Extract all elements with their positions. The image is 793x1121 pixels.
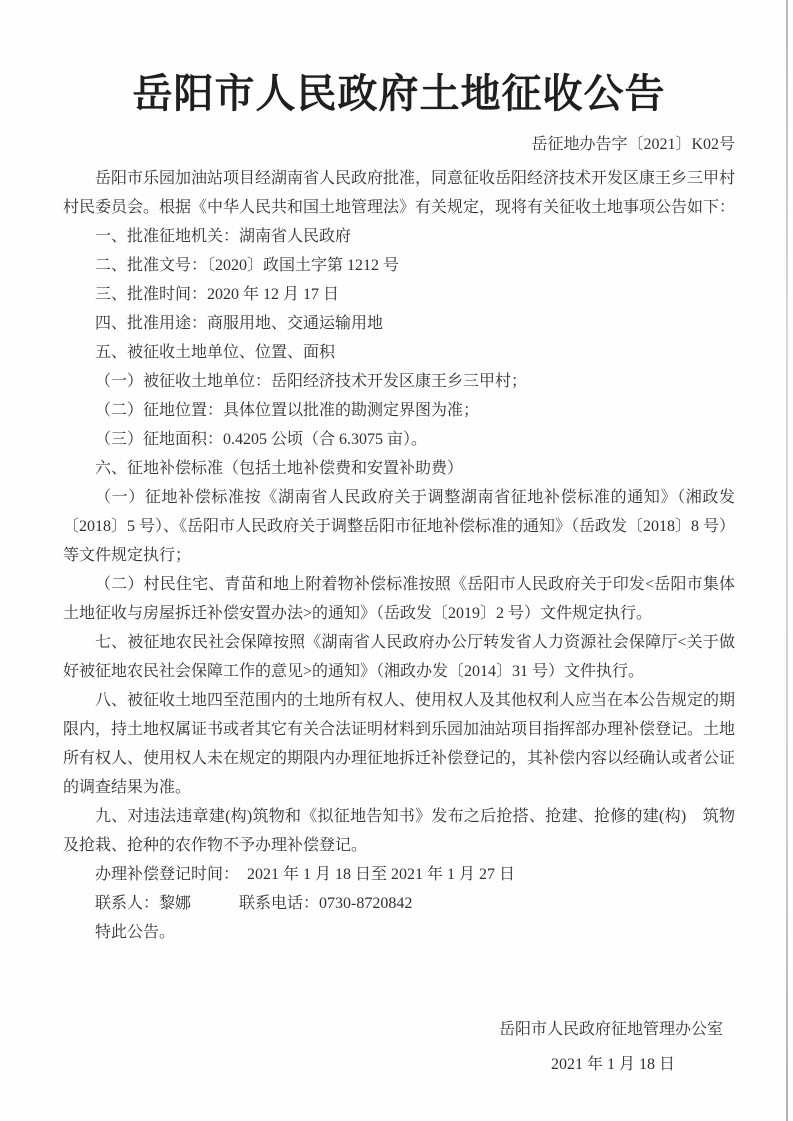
closing-statement: 特此公告。 bbox=[63, 918, 735, 947]
sub-item-land-area: （三）征地面积：0.4205 公顷（合 6.3075 亩）。 bbox=[63, 425, 735, 454]
document-title: 岳阳市人民政府土地征收公告 bbox=[63, 70, 735, 118]
contact-info: 联系人：黎娜 联系电话：0730-8720842 bbox=[63, 889, 735, 918]
item-approved-use: 四、批准用途：商服用地、交通运输用地 bbox=[63, 309, 735, 338]
document-body: 岳阳市乐园加油站项目经湖南省人民政府批准，同意征收岳阳经济技术开发区康王乡三甲村… bbox=[63, 164, 735, 947]
sub-item-land-unit: （一）被征收土地单位：岳阳经济技术开发区康王乡三甲村； bbox=[63, 367, 735, 396]
item-land-unit-heading: 五、被征收土地单位、位置、面积 bbox=[63, 338, 735, 367]
scan-edge-line bbox=[786, 0, 788, 1121]
registration-time: 办理补偿登记时间： 2021 年 1 月 18 日至 2021 年 1 月 27… bbox=[63, 860, 735, 889]
document-number: 岳征地办告字〔2021〕K02号 bbox=[63, 134, 735, 156]
signature-date: 2021 年 1 月 18 日 bbox=[63, 1050, 735, 1079]
sub-item-housing-compensation: （二）村民住宅、青苗和地上附着物补偿标准按照《岳阳市人民政府关于印发<岳阳市集体… bbox=[63, 570, 735, 628]
item-compensation-heading: 六、征地补偿标准（包括土地补偿费和安置补助费） bbox=[63, 454, 735, 483]
item-illegal-structures: 九、对违法违章建(构)筑物和《拟征地告知书》发布之后抢搭、抢建、抢修的建(构) … bbox=[63, 802, 735, 860]
signature-block: 岳阳市人民政府征地管理办公室 2021 年 1 月 18 日 bbox=[63, 1015, 735, 1079]
signature-office: 岳阳市人民政府征地管理办公室 bbox=[63, 1015, 735, 1044]
document-content: 岳阳市人民政府土地征收公告 岳征地办告字〔2021〕K02号 岳阳市乐园加油站项… bbox=[63, 0, 735, 1079]
item-registration-requirement: 八、被征收土地四至范围内的土地所有权人、使用权人及其他权利人应当在本公告规定的期… bbox=[63, 686, 735, 802]
scanned-document-page: 岳阳市人民政府土地征收公告 岳征地办告字〔2021〕K02号 岳阳市乐园加油站项… bbox=[0, 0, 793, 1121]
item-approval-number: 二、批准文号：〔2020〕政国土字第 1212 号 bbox=[63, 251, 735, 280]
item-approving-authority: 一、批准征地机关：湖南省人民政府 bbox=[63, 222, 735, 251]
item-approval-date: 三、批准时间：2020 年 12 月 17 日 bbox=[63, 280, 735, 309]
intro-paragraph: 岳阳市乐园加油站项目经湖南省人民政府批准，同意征收岳阳经济技术开发区康王乡三甲村… bbox=[63, 164, 735, 222]
sub-item-land-location: （二）征地位置：具体位置以批准的勘测定界图为准； bbox=[63, 396, 735, 425]
item-social-security: 七、被征地农民社会保障按照《湖南省人民政府办公厅转发省人力资源社会保障厅<关于做… bbox=[63, 628, 735, 686]
sub-item-compensation-standard: （一）征地补偿标准按《湖南省人民政府关于调整湖南省征地补偿标准的通知》（湘政发〔… bbox=[63, 483, 735, 570]
